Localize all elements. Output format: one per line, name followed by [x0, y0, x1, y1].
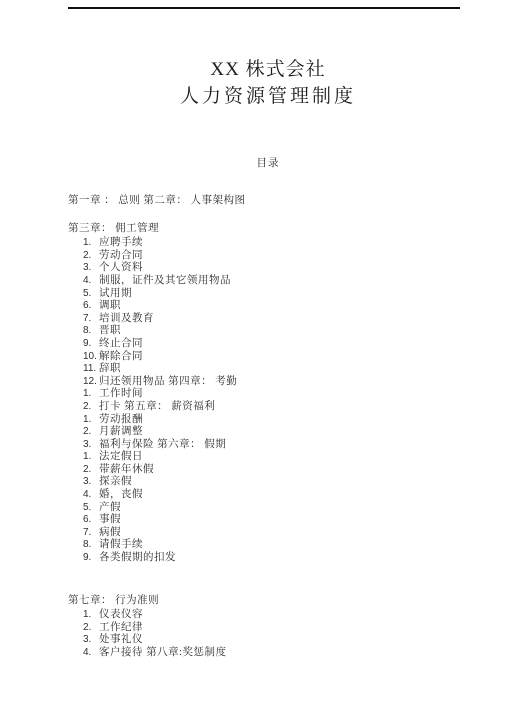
item-text: 工作时间 [99, 388, 143, 401]
toc-heading: 目录 [68, 157, 468, 170]
header-rule-line [68, 7, 460, 9]
item-text: 产假 [99, 502, 121, 515]
toc-item-row: 3.处事礼仪 [68, 634, 505, 647]
item-text: 请假手续 [99, 539, 143, 552]
item-number: 4. [83, 647, 99, 660]
item-text: 试用期 [99, 288, 132, 301]
toc-item-row: 2.月薪调整 [68, 426, 505, 439]
item-number: 4. [83, 275, 99, 288]
item-text: 带薪年休假 [99, 464, 154, 477]
toc-item-row: 10.解除合同 [68, 351, 505, 364]
item-number: 2. [83, 622, 99, 635]
item-text: 仪表仪容 [99, 609, 143, 622]
item-number: 2. [83, 464, 99, 477]
item-text: 法定假日 [99, 451, 143, 464]
toc-item-row: 5.产假 [68, 502, 505, 515]
item-number: 6. [83, 514, 99, 527]
toc-item-row: 6.事假 [68, 514, 505, 527]
item-number: 10. [83, 351, 99, 364]
item-text: 个人资料 [99, 262, 143, 275]
item-text: 探亲假 [99, 476, 132, 489]
toc-item-row: 8.晋职 [68, 325, 505, 338]
item-number: 3. [83, 262, 99, 275]
toc-item-row: 7.培训及教育 [68, 313, 505, 326]
toc-item-row: 2.带薪年休假 [68, 464, 505, 477]
item-number: 3. [83, 634, 99, 647]
item-text: 终止合同 [99, 338, 143, 351]
toc-item-row: 1.应聘手续 [68, 237, 505, 250]
item-text: 工作纪律 [99, 622, 143, 635]
item-text: 解除合同 [99, 351, 143, 364]
item-number: 1. [83, 237, 99, 250]
toc-item-row: 4.制服，证件及其它领用物品 [68, 275, 505, 288]
item-number: 1. [83, 451, 99, 464]
item-number: 3. [83, 476, 99, 489]
item-number: 1. [83, 609, 99, 622]
item-text: 各类假期的扣发 [99, 552, 176, 565]
item-text: 客户接待 第八章:奖惩制度 [99, 647, 227, 660]
item-number: 8. [83, 325, 99, 338]
item-number: 11. [83, 363, 99, 376]
toc-item-row: 2.工作纪律 [68, 622, 505, 635]
item-text: 病假 [99, 527, 121, 540]
item-text: 劳动合同 [99, 250, 143, 263]
item-number: 4. [83, 489, 99, 502]
toc-item-row: 5.试用期 [68, 288, 505, 301]
item-number: 7. [83, 313, 99, 326]
toc-item-row: 4.婚，丧假 [68, 489, 505, 502]
item-text: 劳动报酬 [99, 414, 143, 427]
item-text: 事假 [99, 514, 121, 527]
toc-item-row: 7.病假 [68, 527, 505, 540]
item-number: 5. [83, 288, 99, 301]
toc-item-row: 2.劳动合同 [68, 250, 505, 263]
item-text: 辞职 [99, 363, 121, 376]
toc-item-row: 8.请假手续 [68, 539, 505, 552]
company-title: XX 株式会社 [68, 56, 468, 83]
toc-item-row: 1.仪表仪容 [68, 609, 505, 622]
item-number: 2. [83, 401, 99, 414]
toc-item-row: 4.客户接待 第八章:奖惩制度 [68, 647, 505, 660]
item-number: 1. [83, 414, 99, 427]
toc-chapter-row: 第七章： 行为准则 [68, 595, 505, 608]
toc-chapter-row: 第三章： 佣工管理 [68, 223, 505, 236]
document-page: XX 株式会社 人力资源管理制度 目录 第一章 ： 总则 第二章： 人事架构图第… [0, 0, 505, 714]
item-number: 7. [83, 527, 99, 540]
item-text: 调职 [99, 300, 121, 313]
item-text: 打卡 第五章： 薪资福利 [99, 401, 215, 414]
item-number: 3. [83, 439, 99, 452]
toc-item-row: 1.法定假日 [68, 451, 505, 464]
item-number: 9. [83, 552, 99, 565]
item-text: 晋职 [99, 325, 121, 338]
toc-item-row: 3.个人资料 [68, 262, 505, 275]
toc-item-row: 11.辞职 [68, 363, 505, 376]
item-number: 12. [83, 376, 99, 389]
item-text: 制服，证件及其它领用物品 [99, 275, 231, 288]
item-text: 处事礼仪 [99, 634, 143, 647]
toc-item-row: 3.福利与保险 第六章： 假期 [68, 439, 505, 452]
toc-chapter-row: 第一章 ： 总则 第二章： 人事架构图 [68, 195, 505, 208]
toc-list: 第一章 ： 总则 第二章： 人事架构图第三章： 佣工管理1.应聘手续2.劳动合同… [68, 195, 505, 660]
toc-item-row: 6.调职 [68, 300, 505, 313]
toc-item-row: 1.工作时间 [68, 388, 505, 401]
item-text: 培训及教育 [99, 313, 154, 326]
item-text: 应聘手续 [99, 237, 143, 250]
item-text: 归还领用物品 第四章： 考勤 [99, 376, 237, 389]
item-number: 6. [83, 300, 99, 313]
toc-item-row: 1.劳动报酬 [68, 414, 505, 427]
item-number: 2. [83, 426, 99, 439]
item-number: 9. [83, 338, 99, 351]
toc-item-row: 2.打卡 第五章： 薪资福利 [68, 401, 505, 414]
document-title-block: XX 株式会社 人力资源管理制度 [68, 56, 468, 110]
item-text: 月薪调整 [99, 426, 143, 439]
item-text: 婚，丧假 [99, 489, 143, 502]
toc-item-row: 9.各类假期的扣发 [68, 552, 505, 565]
toc-item-row: 3.探亲假 [68, 476, 505, 489]
toc-item-row: 9.终止合同 [68, 338, 505, 351]
item-number: 5. [83, 502, 99, 515]
item-number: 2. [83, 250, 99, 263]
toc-item-row: 12.归还领用物品 第四章： 考勤 [68, 376, 505, 389]
document-title: 人力资源管理制度 [68, 83, 468, 110]
item-number: 1. [83, 388, 99, 401]
item-number: 8. [83, 539, 99, 552]
item-text: 福利与保险 第六章： 假期 [99, 439, 226, 452]
